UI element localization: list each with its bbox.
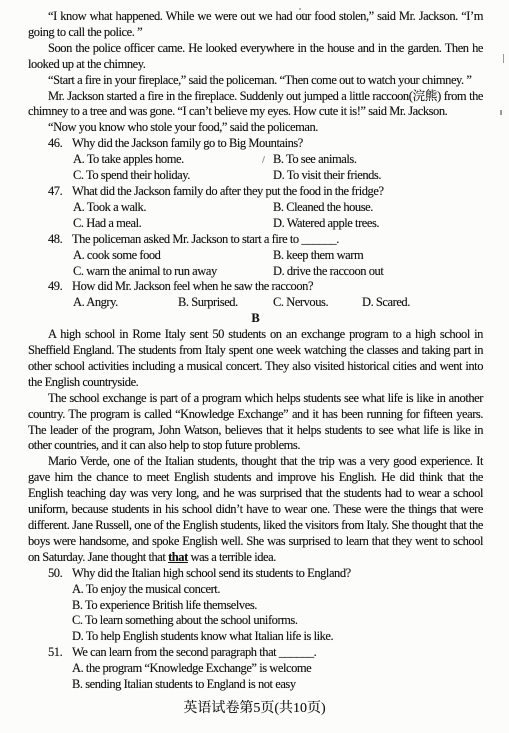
question-text: How did Mr. Jackson feel when he saw the… <box>72 279 483 295</box>
question-text: The policeman asked Mr. Jackson to start… <box>72 232 483 248</box>
question-46-stem: 46. Why did the Jackson family go to Big… <box>48 136 483 152</box>
question-51-stem: 51. We can learn from the second paragra… <box>48 645 483 661</box>
option-b: B. keep them warm <box>273 248 483 264</box>
question-47-stem: 47. What did the Jackson family do after… <box>48 184 483 200</box>
option-d: D. drive the raccoon out <box>273 264 483 280</box>
question-46: 46. Why did the Jackson family go to Big… <box>28 136 483 184</box>
question-51: 51. We can learn from the second paragra… <box>28 645 483 693</box>
question-48-options: A. cook some food B. keep them warm C. w… <box>73 248 483 280</box>
question-49-options: A. Angry. B. Surprised. C. Nervous. D. S… <box>73 295 483 311</box>
question-47: 47. What did the Jackson family do after… <box>28 184 483 232</box>
question-text: Why did the Italian high school send its… <box>72 566 483 582</box>
emphasized-that: that <box>168 550 188 564</box>
exam-page: “I know what happened. While we were out… <box>0 0 509 733</box>
question-number: 47. <box>48 184 72 200</box>
option-d: D. Watered apple trees. <box>273 216 483 232</box>
option-b: B. To experience British life themselves… <box>72 598 483 614</box>
section-b-heading: B <box>28 311 483 327</box>
passage-b-paragraph-1: A high school in Rome Italy sent 50 stud… <box>28 327 483 391</box>
passage-a-paragraph-2: Soon the police officer came. He looked … <box>28 41 483 73</box>
question-50-options: A. To enjoy the musical concert. B. To e… <box>72 582 483 646</box>
question-number: 49. <box>48 279 72 295</box>
option-a: A. the program “Knowledge Exchange” is w… <box>72 661 483 677</box>
option-d: D. To help English students know what It… <box>72 629 483 645</box>
question-number: 46. <box>48 136 72 152</box>
passage-a-paragraph-3: “Start a fire in your fireplace,” said t… <box>28 73 483 89</box>
option-b: B. sending Italian students to England i… <box>72 677 483 693</box>
question-48-stem: 48. The policeman asked Mr. Jackson to s… <box>48 232 483 248</box>
option-b: B. Surprised. <box>178 295 273 311</box>
option-d: D. To visit their friends. <box>273 168 483 184</box>
option-b: B. Cleaned the house. <box>273 200 483 216</box>
question-text: Why did the Jackson family go to Big Mou… <box>72 136 483 152</box>
question-number: 51. <box>48 645 72 661</box>
paragraph-text: Mario Verde, one of the Italian students… <box>28 454 483 563</box>
question-48: 48. The policeman asked Mr. Jackson to s… <box>28 232 483 280</box>
question-text: We can learn from the second paragraph t… <box>72 645 483 661</box>
question-50-stem: 50. Why did the Italian high school send… <box>48 566 483 582</box>
option-a: A. cook some food <box>73 248 273 264</box>
option-a: A. To enjoy the musical concert. <box>72 582 483 598</box>
scan-artifact <box>303 13 305 15</box>
question-51-options: A. the program “Knowledge Exchange” is w… <box>72 661 483 693</box>
question-50: 50. Why did the Italian high school send… <box>28 566 483 646</box>
option-a: A. Angry. <box>73 295 178 311</box>
option-a: A. Took a walk. <box>73 200 273 216</box>
question-47-options: A. Took a walk. B. Cleaned the house. C.… <box>73 200 483 232</box>
option-b: B. To see animals. <box>273 152 483 168</box>
question-46-options: A. To take apples home. B. To see animal… <box>73 152 483 184</box>
option-a: A. To take apples home. <box>73 152 273 168</box>
scan-artifact <box>500 110 502 115</box>
option-c: C. Nervous. <box>273 295 362 311</box>
scan-artifact <box>299 8 301 10</box>
passage-b-paragraph-3: Mario Verde, one of the Italian students… <box>28 454 483 565</box>
option-c: C. Had a meal. <box>73 216 273 232</box>
option-d: D. Scared. <box>362 295 483 311</box>
option-c: C. warn the animal to run away <box>73 264 273 280</box>
option-c: C. To spend their holiday. <box>73 168 273 184</box>
question-number: 48. <box>48 232 72 248</box>
page-footer: 英语试卷第5页(共10页) <box>0 701 509 717</box>
scan-artifact <box>503 54 504 63</box>
question-49: 49. How did Mr. Jackson feel when he saw… <box>28 279 483 311</box>
passage-b-paragraph-2: The school exchange is part of a program… <box>28 391 483 455</box>
passage-a-paragraph-4: Mr. Jackson started a fire in the firepl… <box>28 89 483 121</box>
passage-a-paragraph-1: “I know what happened. While we were out… <box>28 9 483 41</box>
paragraph-text: was a terrible idea. <box>188 550 276 564</box>
question-number: 50. <box>48 566 72 582</box>
question-text: What did the Jackson family do after the… <box>72 184 483 200</box>
option-c: C. To learn something about the school u… <box>72 613 483 629</box>
question-49-stem: 49. How did Mr. Jackson feel when he saw… <box>48 279 483 295</box>
passage-a-paragraph-5: “Now you know who stole your food,” said… <box>28 120 483 136</box>
